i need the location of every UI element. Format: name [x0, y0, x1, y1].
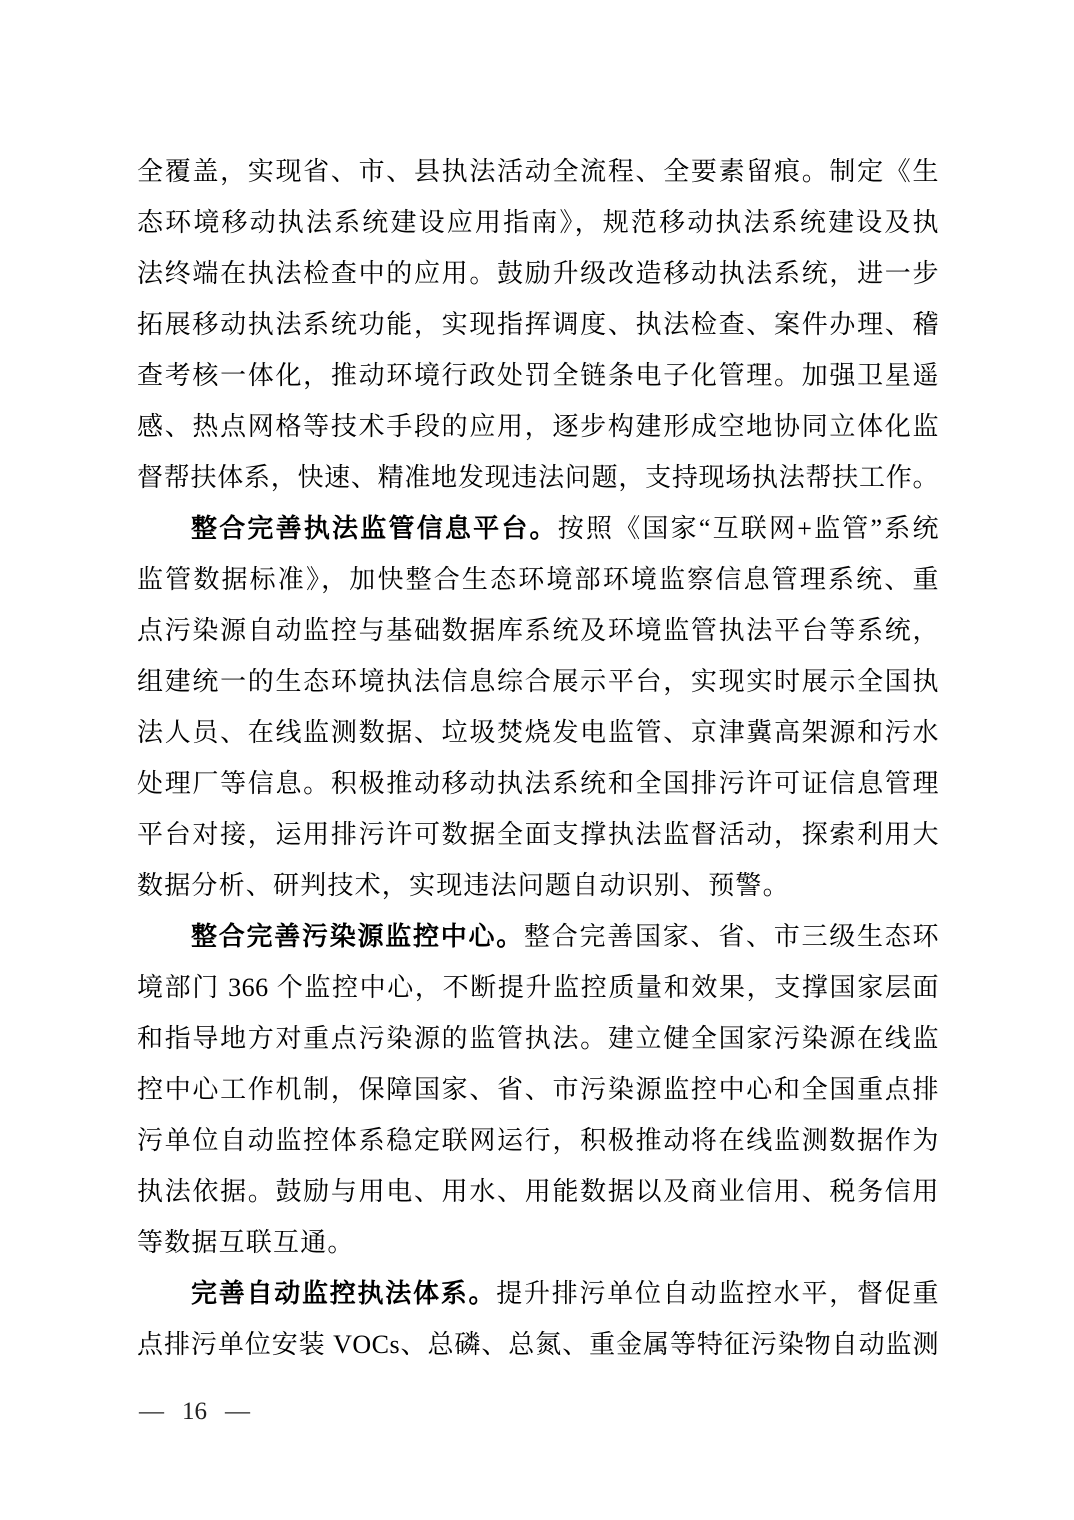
text-line: 点排污单位安装 VOCs、总磷、总氮、重金属等特征污染物自动监测 — [137, 1319, 939, 1370]
text-line: 和指导地方对重点污染源的监管执法。建立健全国家污染源在线监 — [137, 1013, 939, 1064]
text-line: 境部门 366 个监控中心，不断提升监控质量和效果，支撑国家层面 — [137, 962, 939, 1013]
text-line: 督帮扶体系，快速、精准地发现违法问题，支持现场执法帮扶工作。 — [137, 452, 939, 503]
text-line: 数据分析、研判技术，实现违法问题自动识别、预警。 — [137, 860, 939, 911]
text-line: 处理厂等信息。积极推动移动执法系统和全国排污许可证信息管理 — [137, 758, 939, 809]
page-number: 16 — [182, 1396, 207, 1428]
paragraph-heading: 整合完善污染源监控中心。 — [191, 922, 524, 951]
document-body: 全覆盖，实现省、市、县执法活动全流程、全要素留痕。制定《生态环境移动执法系统建设… — [137, 146, 939, 1370]
text-line: 整合完善执法监管信息平台。按照《国家“互联网+监管”系统 — [137, 503, 939, 554]
text-line: 整合完善污染源监控中心。整合完善国家、省、市三级生态环 — [137, 911, 939, 962]
text-line: 点污染源自动监控与基础数据库系统及环境监管执法平台等系统， — [137, 605, 939, 656]
text-line: 平台对接，运用排污许可数据全面支撑执法监督活动，探索利用大 — [137, 809, 939, 860]
text-line: 法终端在执法检查中的应用。鼓励升级改造移动执法系统，进一步 — [137, 248, 939, 299]
text-line: 执法依据。鼓励与用电、用水、用能数据以及商业信用、税务信用 — [137, 1166, 939, 1217]
text-line: 查考核一体化，推动环境行政处罚全链条电子化管理。加强卫星遥 — [137, 350, 939, 401]
text-line: 控中心工作机制，保障国家、省、市污染源监控中心和全国重点排 — [137, 1064, 939, 1115]
text-line: 完善自动监控执法体系。提升排污单位自动监控水平，督促重 — [137, 1268, 939, 1319]
footer-dash-right: — — [225, 1396, 250, 1428]
footer-dash-left: — — [139, 1396, 164, 1428]
text-line: 法人员、在线监测数据、垃圾焚烧发电监管、京津冀高架源和污水 — [137, 707, 939, 758]
paragraph-heading: 整合完善执法监管信息平台。 — [191, 514, 558, 543]
document-page: 全覆盖，实现省、市、县执法活动全流程、全要素留痕。制定《生态环境移动执法系统建设… — [0, 0, 1074, 1520]
text-line: 组建统一的生态环境执法信息综合展示平台，实现实时展示全国执 — [137, 656, 939, 707]
text-line: 拓展移动执法系统功能，实现指挥调度、执法检查、案件办理、稽 — [137, 299, 939, 350]
text-line: 污单位自动监控体系稳定联网运行，积极推动将在线监测数据作为 — [137, 1115, 939, 1166]
page-footer: —16— — [139, 1396, 250, 1428]
text-line: 监管数据标准》，加快整合生态环境部环境监察信息管理系统、重 — [137, 554, 939, 605]
text-line: 全覆盖，实现省、市、县执法活动全流程、全要素留痕。制定《生 — [137, 146, 939, 197]
text-line: 感、热点网格等技术手段的应用，逐步构建形成空地协同立体化监 — [137, 401, 939, 452]
paragraph-heading: 完善自动监控执法体系。 — [191, 1279, 496, 1308]
text-line: 等数据互联互通。 — [137, 1217, 939, 1268]
text-line: 态环境移动执法系统建设应用指南》，规范移动执法系统建设及执 — [137, 197, 939, 248]
